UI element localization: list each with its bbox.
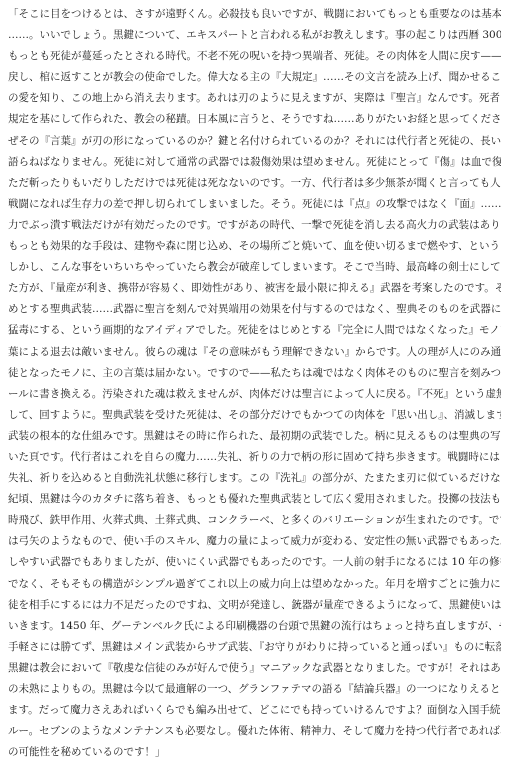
text-line: 戻し、棺に返すことが教会の使命でした。偉大なる主の『大規定』……その文言を読み上… <box>8 67 501 88</box>
text-line: して、回すように。聖典武装を受けた死徒は、その部分だけでもかつての肉体を『思い出… <box>8 405 501 426</box>
text-line: しやすい武器でもありましたが、使いにくい武器でもあったのです。一人前の射手になる… <box>8 552 501 573</box>
text-line: めとする聖典武装……武器に聖言を刻んで対異端用の効果を付与するのではなく、聖典そ… <box>8 299 501 320</box>
text-line: もっとも死徒が蔓延ったとされる時代。不老不死の呪いを持つ異端者、死徒。その肉体を… <box>8 46 501 67</box>
text-line: ルー。セブンのようなメンテナンスも必要なし。優れた体術、精神力、そして魔力を持つ… <box>8 721 501 742</box>
text-line: 手軽さには勝てず、黒鍵はメイン武装からサブ武装、『お守りがわりに持っていると通っ… <box>8 637 501 658</box>
text-line: でなく、そもそもの構造がシンプル過ぎてこれ以上の威力向上は望めなかった。年月を増… <box>8 574 501 595</box>
text-line: もっとも効果的な手段は、建物や森に閉じ込め、その場所ごと焼いて、血を使い切るまで… <box>8 236 501 257</box>
text-line: は弓矢のようなもので、使い手のスキル、魔力の量によって威力が変わる、安定性の無い… <box>8 531 501 552</box>
text-line: 時飛び、鉄甲作用、火葬式典、土葬式典、コンクラーベ、と多くのバリエーションが生ま… <box>8 510 501 531</box>
text-line: ……。いいでしょう。黒鍵について、エキスパートと言われる私がお教えします。事の起… <box>8 25 501 46</box>
text-line: 紀頃、黒鍵は今のカタチに落ち着き、もっとも優れた聖典武装として広く愛用されました… <box>8 489 501 510</box>
text-line: 語らねばなりません。死徒に対して通常の武器では殺傷効果は望めません。死徒にとって… <box>8 152 501 173</box>
body-text: 「そこに目をつけるとは、さすが遠野くん。必殺技も良いですが、戦闘においてもっとも… <box>8 4 501 763</box>
text-line: 力でぶっ潰す戦法だけが有効だったのです。ですがあの時代、一撃で死徒を消し去る高火… <box>8 215 501 236</box>
text-line: 「そこに目をつけるとは、さすが遠野くん。必殺技も良いですが、戦闘においてもっとも… <box>8 4 501 25</box>
document-page: 「そこに目をつけるとは、さすが遠野くん。必殺技も良いですが、戦闘においてもっとも… <box>0 0 509 763</box>
text-line: 黒鍵は教会において『敬虔な信徒のみが好んで使う』マニアックな武器となりました。で… <box>8 658 501 679</box>
text-line: 徒となったモノに、主の言葉は届かない。ですので——私たちは魂ではなく肉体そのもの… <box>8 363 501 384</box>
text-line: 規定を基にして作られた、教会の秘蹟。日本風に言うと、そうですね……ありがたいお経… <box>8 109 501 130</box>
text-line: いきます。1450 年、グーテンベルク氏による印刷機器の台頭で黒鍵の流行はちょっ… <box>8 616 501 637</box>
text-line: ます。だって魔力さえあればいくらでも編み出せて、どこにでも持っていけるんですよ？… <box>8 700 501 721</box>
text-line: いた頁です。代行者はこれを自らの魔力……失礼、祈りの力で柄の形に固めて持ち歩きま… <box>8 447 501 468</box>
text-line: ぜその『言葉』が刃の形になっているのか？鍵と名付けられているのか？それには代行者… <box>8 131 501 152</box>
text-line: 徒を相手にするには力不足だったのですね、文明が発達し、銃器が量産できるようになっ… <box>8 595 501 616</box>
text-line: 葉による退去は敵いません。彼らの魂は『その意味がもう理解できない』からです。人の… <box>8 342 501 363</box>
text-line: ただ斬ったりもいだりしただけでは死徒は死なないのです。一方、代行者は多少無茶が聞… <box>8 173 501 194</box>
text-line: の愛を知り、この地上から消え去ります。あれは刃のように見えますが、実際は『聖言』… <box>8 88 501 109</box>
text-line: 武装の根本的な仕組みです。黒鍵はその時に作られた、最初期の武装でした。柄に見える… <box>8 426 501 447</box>
text-line: 猛毒にする、という画期的なアイディアでした。死徒をはじめとする『完全に人間ではな… <box>8 320 501 341</box>
text-line: の未熟によりもの。黒鍵は今以て最適解の一つ、グランファテマの語る『結論兵器』の一… <box>8 679 501 700</box>
text-line: ールに書き換える。汚染された魂は救えませんが、肉体だけは聖言によって人に戻る。『… <box>8 384 501 405</box>
text-line: 戦闘になれば生存力の差で押し切られてしまいました。そう。死徒には『点』の攻撃では… <box>8 194 501 215</box>
text-line: た方が、『量産が利き、携帯が容易く、即効性があり、被害を最小限に抑える』武器を考… <box>8 278 501 299</box>
text-line: しかし、こんな事をいちいちやっていたら教会が破産してしまいます。そこで当時、最高… <box>8 257 501 278</box>
text-line: の可能性を秘めているのです！」 <box>8 742 501 763</box>
text-line: 失礼、祈りを込めると自動洗礼状態に移行します。この『洗礼』の部分が、たまたま刃に… <box>8 468 501 489</box>
